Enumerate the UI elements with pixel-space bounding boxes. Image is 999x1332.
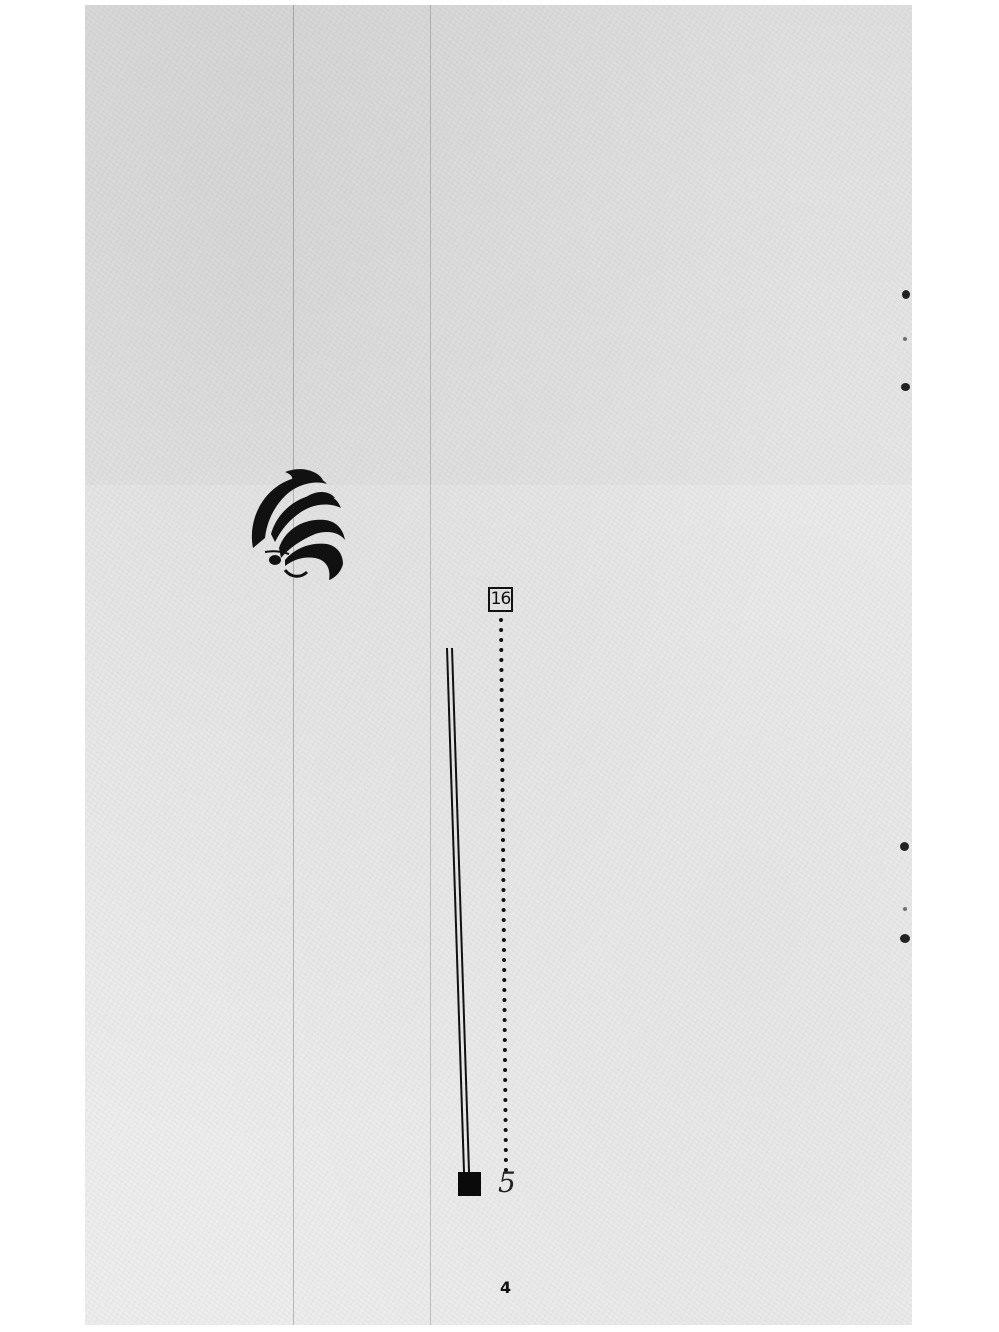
binding-hole-icon: [900, 934, 910, 943]
fold-line-center: [430, 5, 431, 1325]
route-end-square-icon: [458, 1172, 481, 1196]
route-start-marker: 16: [488, 587, 513, 612]
paper-shading: [85, 5, 912, 485]
binding-hole-icon: [903, 337, 907, 341]
face-logo-icon: [245, 468, 345, 584]
route-end-label: 5: [498, 1166, 516, 1199]
binding-hole-icon: [903, 907, 907, 911]
fold-line-left: [293, 5, 294, 1325]
binding-hole-icon: [901, 383, 910, 391]
binding-hole-icon: [902, 290, 910, 299]
page-number: 4: [500, 1278, 511, 1297]
binding-hole-icon: [900, 842, 909, 851]
scanned-page: [85, 5, 912, 1325]
